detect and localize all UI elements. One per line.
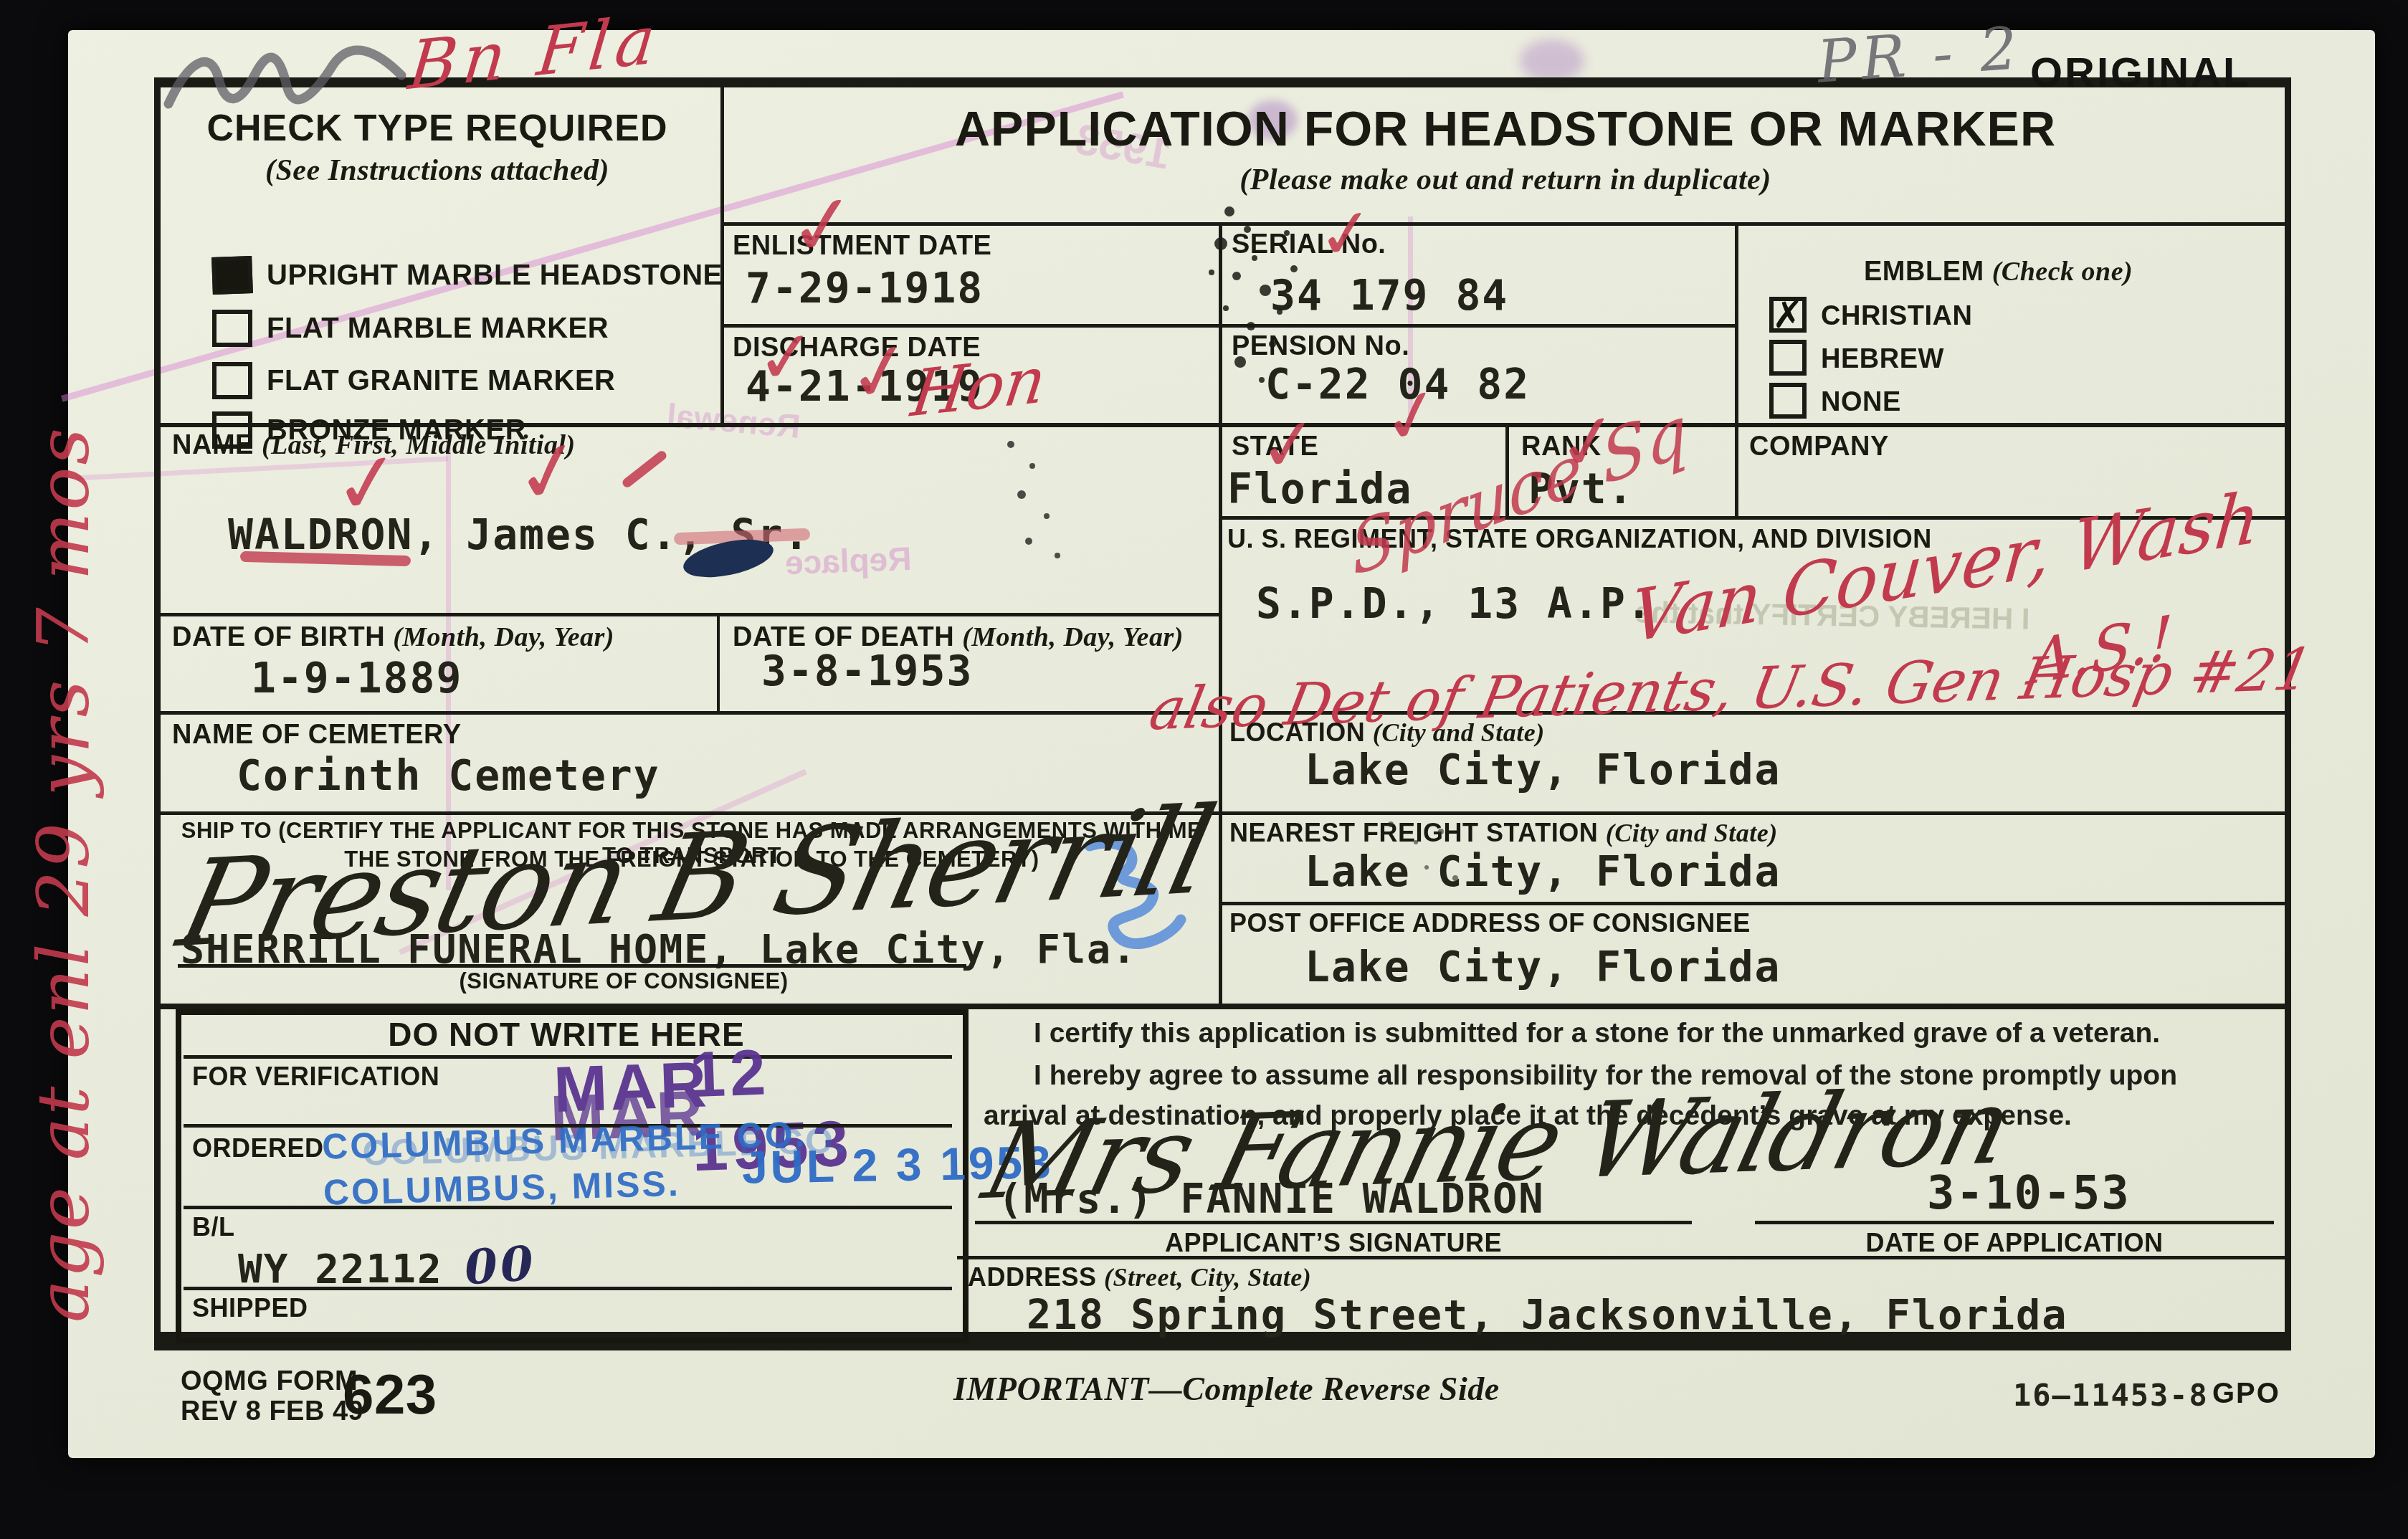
applicant-signature-caption: APPLICANT’S SIGNATURE	[975, 1229, 1692, 1257]
red-checkmark: ✓	[1255, 400, 1323, 490]
freight-label-note: (City and State)	[1606, 819, 1778, 847]
form-id-name: OQMG FORM	[181, 1366, 358, 1397]
checkbox-upright-marble-headstone	[211, 256, 253, 295]
bl-value: WY 22112	[238, 1246, 443, 1292]
handwritten-hon: Hon	[907, 342, 1050, 432]
location-label-note: (City and State)	[1373, 718, 1545, 747]
name-label-text: NAME	[172, 430, 254, 460]
check-type-subtitle: (See Instructions attached)	[186, 154, 688, 188]
cemetery-value: Corinth Cemetery	[237, 751, 660, 800]
form-id-number: 623	[343, 1363, 437, 1426]
checkbox-x-mark: ✗	[1772, 294, 1804, 337]
divider	[957, 1256, 2288, 1259]
regiment-value: S.P.D., 13 A.P.	[1256, 579, 1653, 628]
consignee-caption: (SIGNATURE OF CONSIGNEE)	[337, 969, 910, 994]
red-checkmark: ✓	[753, 313, 819, 401]
divider	[717, 614, 720, 713]
divider	[154, 811, 2288, 815]
checkbox-christian: ✗	[1769, 297, 1807, 333]
bl-label: B/L	[192, 1213, 235, 1242]
check-type-title: CHECK TYPE REQUIRED	[186, 108, 688, 149]
enlistment-date-value: 7-29-1918	[746, 264, 984, 313]
footer-print-code: 16—11453-8	[2013, 1378, 2209, 1413]
form-title: APPLICATION FOR HEADSTONE OR MARKER	[824, 102, 2186, 156]
divider	[154, 1004, 2288, 1009]
divider	[1755, 1221, 2274, 1224]
ink-specks	[1376, 810, 1477, 896]
application-date-caption: DATE OF APPLICATION	[1755, 1229, 2274, 1257]
checkbox-hebrew	[1769, 340, 1807, 376]
ordered-label: ORDERED	[192, 1134, 324, 1163]
freight-station-label: NEAREST FREIGHT STATION (City and State)	[1229, 819, 1778, 847]
cemetery-label: NAME OF CEMETERY	[172, 720, 462, 751]
footer-important: IMPORTANT—Complete Reverse Side	[953, 1371, 1500, 1408]
divider	[154, 613, 1221, 616]
ink-specks	[989, 430, 1090, 573]
address-value: 218 Spring Street, Jacksonville, Florida	[1027, 1292, 2068, 1339]
location-value: Lake City, Florida	[1305, 745, 1781, 794]
location-label-text: LOCATION	[1229, 718, 1365, 747]
address-label-note: (Street, City, State)	[1104, 1263, 1311, 1292]
divider	[184, 1287, 952, 1290]
red-checkmark: ✓	[1551, 394, 1627, 490]
check-type-option-label: FLAT MARBLE MARKER	[267, 313, 609, 345]
divider	[720, 222, 2288, 226]
scanned-document: Replace Renewal I HEREBY CERTIFY that th…	[0, 0, 2408, 1539]
checkbox-flat-marble-marker	[212, 310, 252, 347]
emblem-label: EMBLEM (Check one)	[1864, 257, 2133, 287]
check-type-option-label: UPRIGHT MARBLE HEADSTONE	[267, 259, 723, 292]
check-type-option-label: FLAT GRANITE MARKER	[267, 365, 616, 397]
emblem-option-label: NONE	[1821, 387, 1901, 418]
po-address-value: Lake City, Florida	[1305, 943, 1781, 991]
margin-note-red: age at enl 29 yrs 7 mos	[22, 161, 105, 1323]
application-date-value: 3-10-53	[1927, 1167, 2131, 1220]
address-label: ADDRESS (Street, City, State)	[968, 1263, 1311, 1292]
birth-date-label: DATE OF BIRTH (Month, Day, Year)	[172, 622, 614, 653]
emblem-option-label: CHRISTIAN	[1821, 301, 1972, 332]
divider	[720, 82, 724, 424]
death-label-note: (Month, Day, Year)	[962, 622, 1184, 652]
applicant-signature-typed: (Mrs.) FANNIE WALDRON	[998, 1176, 1545, 1223]
checkbox-none	[1769, 383, 1807, 419]
footer-gpo: GPO	[2212, 1378, 2280, 1410]
location-label: LOCATION (City and State)	[1229, 718, 1545, 747]
emblem-option-label: HEBREW	[1821, 344, 1944, 375]
red-checkmark: ✓	[784, 174, 862, 277]
shipped-label: SHIPPED	[192, 1294, 308, 1323]
ordered-company-stamp: COLUMBUS MARBLE CO. COLUMBUS, MISS.	[322, 1113, 809, 1214]
address-label-text: ADDRESS	[968, 1262, 1097, 1292]
ink-splatter	[1186, 190, 1330, 398]
original-label: ORIGINAL	[2030, 49, 2251, 97]
divider	[975, 1221, 1692, 1224]
divider	[1735, 222, 1738, 518]
divider	[184, 1206, 952, 1209]
ink-smudge	[1520, 39, 1584, 82]
po-address-label: POST OFFICE ADDRESS OF CONSIGNEE	[1229, 909, 1751, 938]
emblem-label-text: EMBLEM	[1864, 257, 1984, 287]
birth-label-text: DATE OF BIRTH	[172, 622, 385, 652]
company-label: COMPANY	[1749, 432, 1889, 462]
death-date-value: 3-8-1953	[761, 647, 973, 695]
checkbox-flat-granite-marker	[212, 362, 252, 399]
divider	[1219, 902, 2287, 905]
birth-date-value: 1-9-1889	[251, 654, 462, 702]
form-id-rev: REV 8 FEB 49	[181, 1396, 363, 1427]
red-checkmark: ✓	[328, 432, 408, 536]
certification-para1: I certify this application is submitted …	[984, 1014, 2267, 1053]
pencil-note: PR - 2	[1815, 14, 2024, 97]
enlistment-date-label: ENLISTMENT DATE	[733, 231, 991, 262]
form-subtitle: (Please make out and return in duplicate…	[824, 163, 2186, 197]
consignee-underline	[178, 964, 966, 968]
emblem-label-note: (Check one)	[1992, 257, 2133, 287]
for-verification-label: FOR VERIFICATION	[192, 1062, 439, 1091]
birth-label-note: (Month, Day, Year)	[393, 622, 614, 652]
